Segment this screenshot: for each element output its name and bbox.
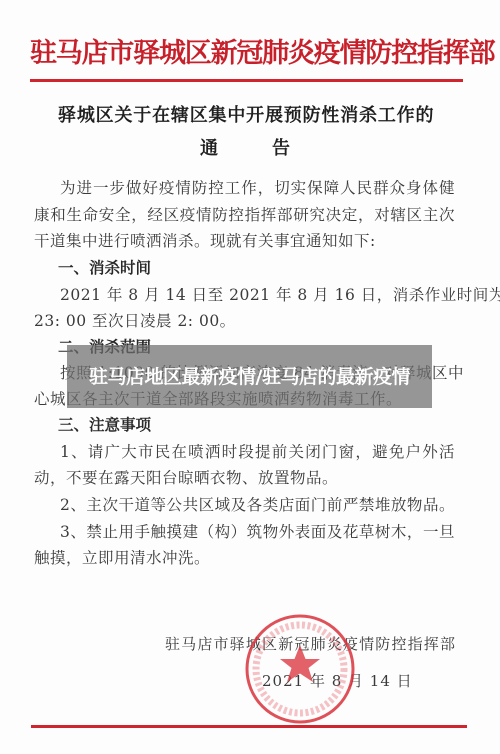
intro-line-1: 为进一步做好疫情防控工作，切实保障人民群众身体健 bbox=[60, 177, 455, 199]
signature-date: 2021 年 8 月 14 日 bbox=[262, 670, 413, 692]
section-notes-line-4: 3、禁止用手触摸建（构）筑物外表面及花草树木，一旦 bbox=[60, 521, 455, 543]
section-notes-line-5: 触摸，立即用清水冲洗。 bbox=[34, 547, 455, 569]
section-notes-line-2: 动，不要在露天阳台晾晒衣物、放置物品。 bbox=[34, 467, 455, 489]
document-subtitle: 驿城区关于在辖区集中开展预防性消杀工作的 bbox=[58, 103, 433, 129]
header-red-rule bbox=[30, 79, 463, 82]
issuing-authority-title: 驻马店市驿城区新冠肺炎疫情防控指挥部 bbox=[30, 36, 463, 72]
signature-organization: 驻马店市驿城区新冠肺炎疫情防控指挥部 bbox=[165, 633, 455, 655]
section-heading-notes: 三、注意事项 bbox=[58, 414, 151, 436]
section-time-line-2: 23: 00 至次日凌晨 2: 00。 bbox=[34, 310, 455, 332]
document-type: 通 告 bbox=[200, 136, 290, 162]
footer-red-rule bbox=[31, 725, 467, 728]
section-time-line-1: 2021 年 8 月 14 日至 2021 年 8 月 16 日，消杀作业时间为 bbox=[60, 284, 455, 306]
intro-line-2: 康和生命安全，经区疫情防控指挥部研究决定，对辖区主次 bbox=[34, 204, 455, 226]
section-notes-line-1: 1、请广大市民在喷洒时段提前关闭门窗，避免户外活 bbox=[60, 441, 455, 463]
official-seal-icon bbox=[244, 613, 356, 725]
document-type-char-1: 通 bbox=[200, 136, 218, 162]
document-type-char-2: 告 bbox=[272, 136, 290, 162]
section-notes-line-3: 2、主次干道等公共区域及各类店面门前严禁堆放物品。 bbox=[60, 494, 455, 516]
caption-text: 驻马店地区最新疫情/驻马店的最新疫情 bbox=[85, 366, 415, 388]
section-heading-time: 一、消杀时间 bbox=[58, 257, 151, 279]
caption-overlay: 驻马店地区最新疫情/驻马店的最新疫情 bbox=[67, 345, 432, 408]
intro-line-3: 干道集中进行喷洒消杀。现就有关事宜通知如下: bbox=[34, 230, 455, 252]
document-page: 驻马店市驿城区新冠肺炎疫情防控指挥部 驿城区关于在辖区集中开展预防性消杀工作的 … bbox=[0, 0, 500, 754]
